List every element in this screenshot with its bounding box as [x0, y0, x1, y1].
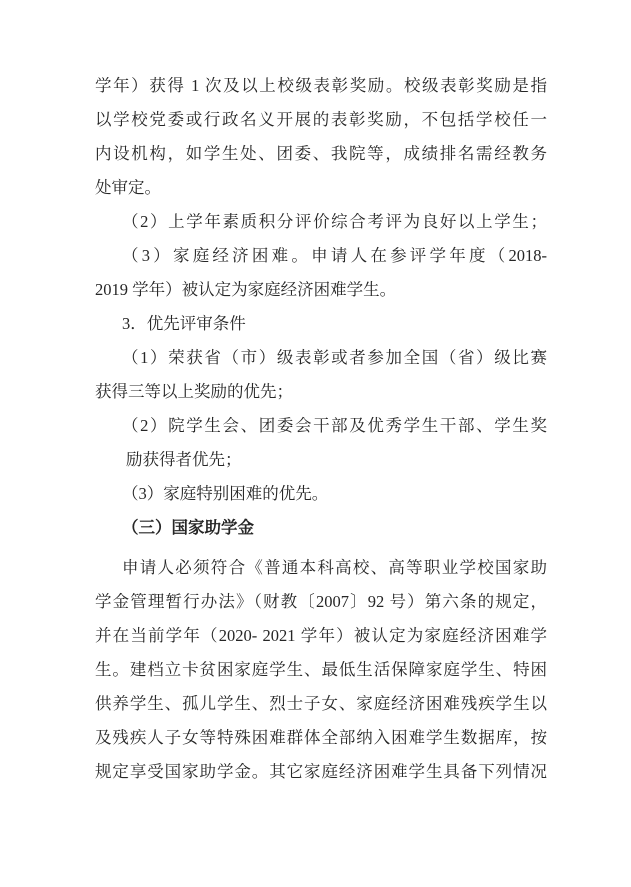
- document-page: 学年）获得 1 次及以上校级表彰奖励。校级表彰奖励是指 以学校党委或行政名义开展…: [0, 0, 631, 887]
- text-line: 并在当前学年（2020- 2021 学年）被认定为家庭经济困难学: [95, 619, 547, 653]
- text-line: 及残疾人子女等特殊困难群体全部纳入困难学生数据库，按: [95, 721, 547, 755]
- text-line: （3）家庭经济困难。申请人在参评学年度（2018-: [95, 239, 547, 273]
- text-line: 供养学生、孤儿学生、烈士子女、家庭经济困难残疾学生以: [95, 687, 547, 721]
- text-line: 内设机构，如学生处、团委、我院等，成绩排名需经教务: [95, 137, 547, 171]
- text-line: 2019 学年）被认定为家庭经济困难学生。: [95, 273, 547, 307]
- text-line: 申请人必须符合《普通本科高校、高等职业学校国家助: [95, 551, 547, 585]
- text-line: （2）院学生会、团委会干部及优秀学生干部、学生奖: [95, 409, 547, 443]
- text-line: 获得三等以上奖励的优先；: [95, 375, 547, 409]
- section-heading-national-grant: （三）国家助学金: [95, 511, 547, 545]
- document-text-block: 学年）获得 1 次及以上校级表彰奖励。校级表彰奖励是指 以学校党委或行政名义开展…: [95, 69, 547, 789]
- text-line: 学金管理暂行办法》（财教〔2007〕92 号）第六条的规定，: [95, 585, 547, 619]
- text-line: （2）上学年素质积分评价综合考评为良好以上学生；: [95, 205, 547, 239]
- text-line: 以学校党委或行政名义开展的表彰奖励，不包括学校任一: [95, 103, 547, 137]
- text-line: （1）荣获省（市）级表彰或者参加全国（省）级比赛: [95, 341, 547, 375]
- text-line: 规定享受国家助学金。其它家庭经济困难学生具备下列情况: [95, 755, 547, 789]
- text-line-list-heading: 3．优先评审条件: [95, 307, 547, 341]
- text-line: （3）家庭特别困难的优先。: [95, 477, 547, 511]
- text-line: 励获得者优先；: [95, 443, 547, 477]
- text-line: 生。建档立卡贫困家庭学生、最低生活保障家庭学生、特困: [95, 653, 547, 687]
- text-line: 处审定。: [95, 171, 547, 205]
- text-line: 学年）获得 1 次及以上校级表彰奖励。校级表彰奖励是指: [95, 69, 547, 103]
